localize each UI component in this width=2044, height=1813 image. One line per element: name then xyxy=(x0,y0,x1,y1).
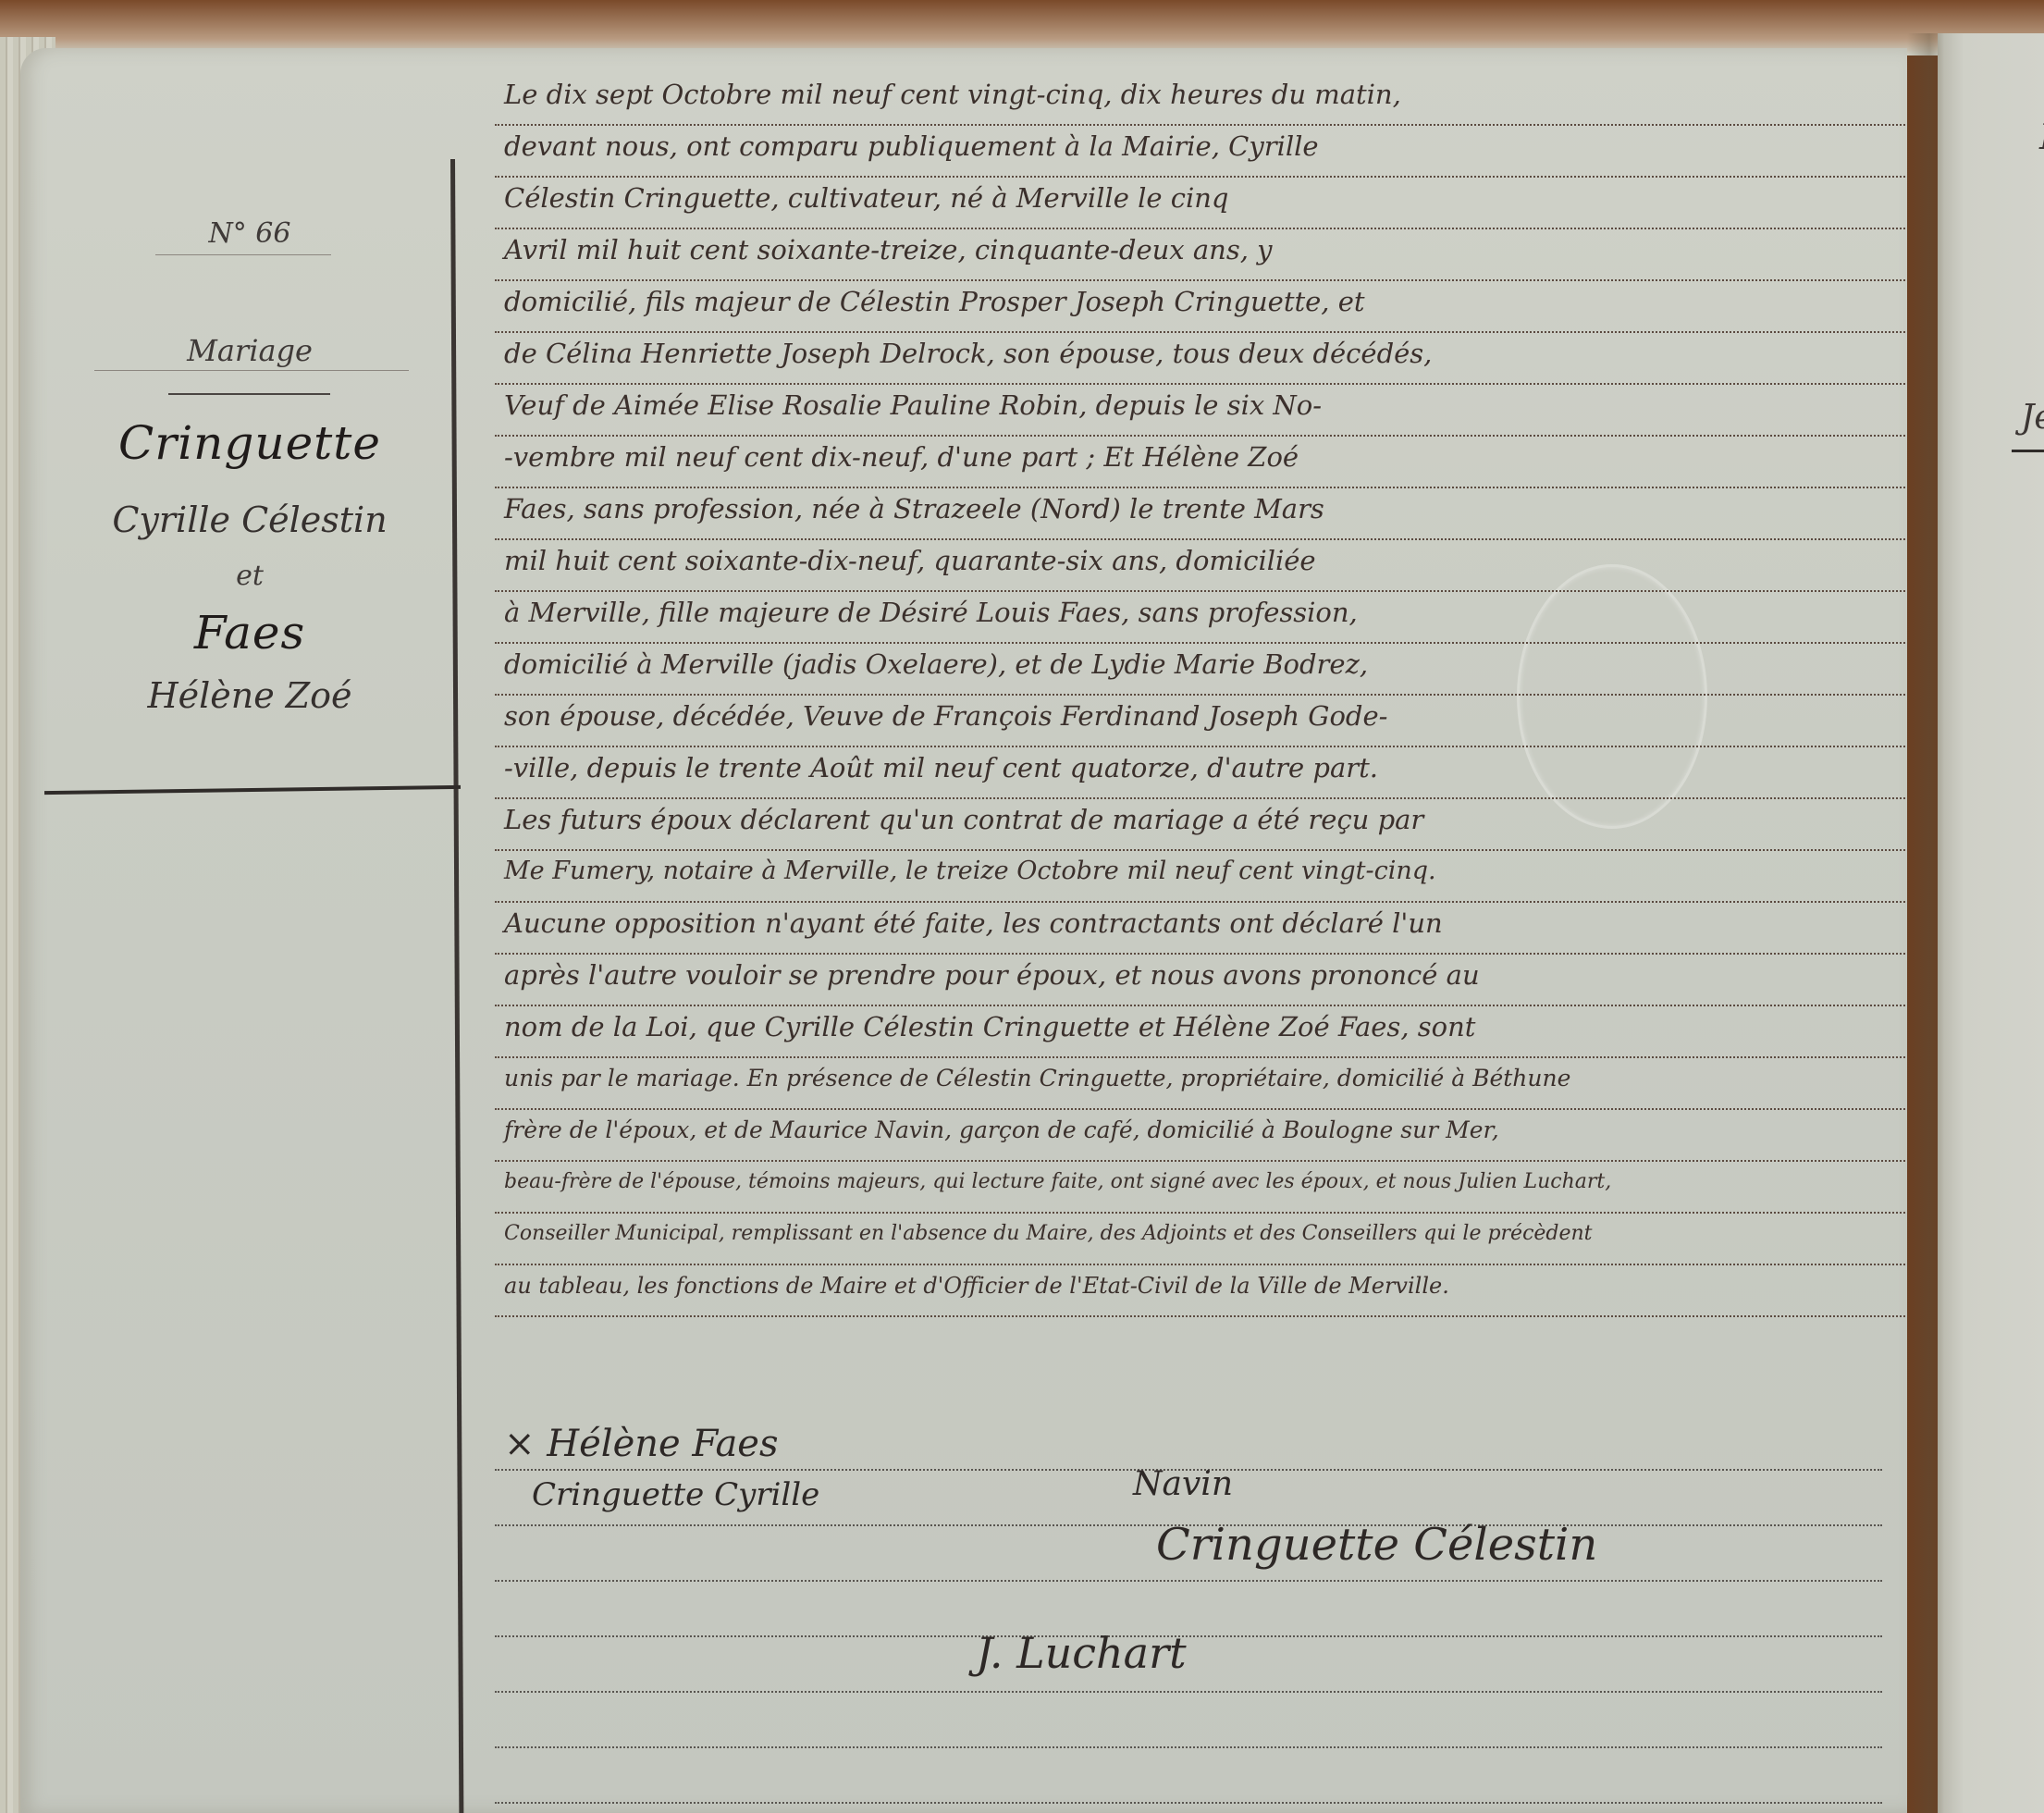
adjacent-page: M E Jea xyxy=(1938,33,2044,1813)
acte-type-rule xyxy=(168,393,330,395)
body-line: unis par le mariage. En présence de Céle… xyxy=(495,1058,1905,1110)
body-line: Me Fumery, notaire à Merville, le treize… xyxy=(495,851,1905,903)
body-line: après l'autre vouloir se prendre pour ép… xyxy=(495,955,1905,1006)
acte-body: Le dix sept Octobre mil neuf cent vingt-… xyxy=(495,74,1905,1317)
adjacent-page-bottom-rule xyxy=(2012,450,2044,452)
body-line: Aucune opposition n'ayant été faite, les… xyxy=(495,903,1905,955)
acte-number: N° 66 xyxy=(55,217,444,250)
body-line: son épouse, décédée, Veuve de François F… xyxy=(495,696,1905,747)
signature-bride: × Hélène Faes xyxy=(504,1423,778,1465)
ruled-line: × Hélène Faes xyxy=(495,1415,1882,1471)
acte-type-underline xyxy=(94,370,409,371)
signature-officer: J. Luchart xyxy=(976,1628,1187,1678)
signature-witness-1: Navin xyxy=(1133,1465,1233,1503)
ruled-line xyxy=(495,1693,1882,1748)
groom-given-names: Cyrille Célestin xyxy=(55,499,444,540)
body-line: nom de la Loi, que Cyrille Célestin Crin… xyxy=(495,1006,1905,1058)
body-line: à Merville, fille majeure de Désiré Loui… xyxy=(495,592,1905,644)
body-line: de Célina Henriette Joseph Delrock, son … xyxy=(495,333,1905,385)
body-line: frère de l'époux, et de Maurice Navin, g… xyxy=(495,1110,1905,1162)
body-line: Veuf de Aimée Elise Rosalie Pauline Robi… xyxy=(495,385,1905,437)
body-line: devant nous, ont comparu publiquement à … xyxy=(495,126,1905,178)
signature-witness-2: Cringuette Célestin xyxy=(1156,1519,1597,1571)
book-cover-edge xyxy=(0,0,2044,55)
body-line: Le dix sept Octobre mil neuf cent vingt-… xyxy=(495,74,1905,126)
ruled-line xyxy=(495,1748,1882,1804)
margin-column: N° 66 Mariage Cringuette Cyrille Célesti… xyxy=(55,185,444,814)
acte-type: Mariage xyxy=(55,333,444,368)
adjacent-page-fragment-name: Jea xyxy=(2021,399,2044,437)
body-line: Célestin Cringuette, cultivateur, né à M… xyxy=(495,178,1905,229)
body-line: Les futurs époux déclarent qu'un contrat… xyxy=(495,799,1905,851)
body-line: Faes, sans profession, née à Strazeele (… xyxy=(495,488,1905,540)
body-line: Avril mil huit cent soixante-treize, cin… xyxy=(495,229,1905,281)
ruled-line: Cringuette Cyrille Navin xyxy=(495,1471,1882,1526)
bride-given-names: Hélène Zoé xyxy=(55,675,444,716)
body-line: beau-frère de l'épouse, témoins majeurs,… xyxy=(495,1162,1905,1214)
ruled-line: Cringuette Célestin xyxy=(495,1526,1882,1582)
signature-groom: Cringuette Cyrille xyxy=(532,1476,819,1513)
body-line: domicilié à Merville (jadis Oxelaere), e… xyxy=(495,644,1905,696)
body-line: Conseiller Municipal, remplissant en l'a… xyxy=(495,1214,1905,1265)
conjunction-et: et xyxy=(55,560,444,592)
body-line: -ville, depuis le trente Août mil neuf c… xyxy=(495,747,1905,799)
signature-area: × Hélène Faes Cringuette Cyrille Navin C… xyxy=(495,1415,1882,1804)
body-line: domicilié, fils majeur de Célestin Prosp… xyxy=(495,281,1905,333)
acte-number-underline xyxy=(155,254,331,255)
ruled-line xyxy=(495,1582,1882,1637)
adjacent-page-fragment-top: M xyxy=(2039,117,2044,157)
groom-surname: Cringuette xyxy=(55,416,444,470)
body-line: mil huit cent soixante-dix-neuf, quarant… xyxy=(495,540,1905,592)
book-gutter xyxy=(1907,33,1944,1813)
ruled-line: J. Luchart xyxy=(495,1637,1882,1693)
body-line: -vembre mil neuf cent dix-neuf, d'une pa… xyxy=(495,437,1905,488)
bride-surname: Faes xyxy=(55,606,444,660)
body-line: au tableau, les fonctions de Maire et d'… xyxy=(495,1265,1905,1317)
